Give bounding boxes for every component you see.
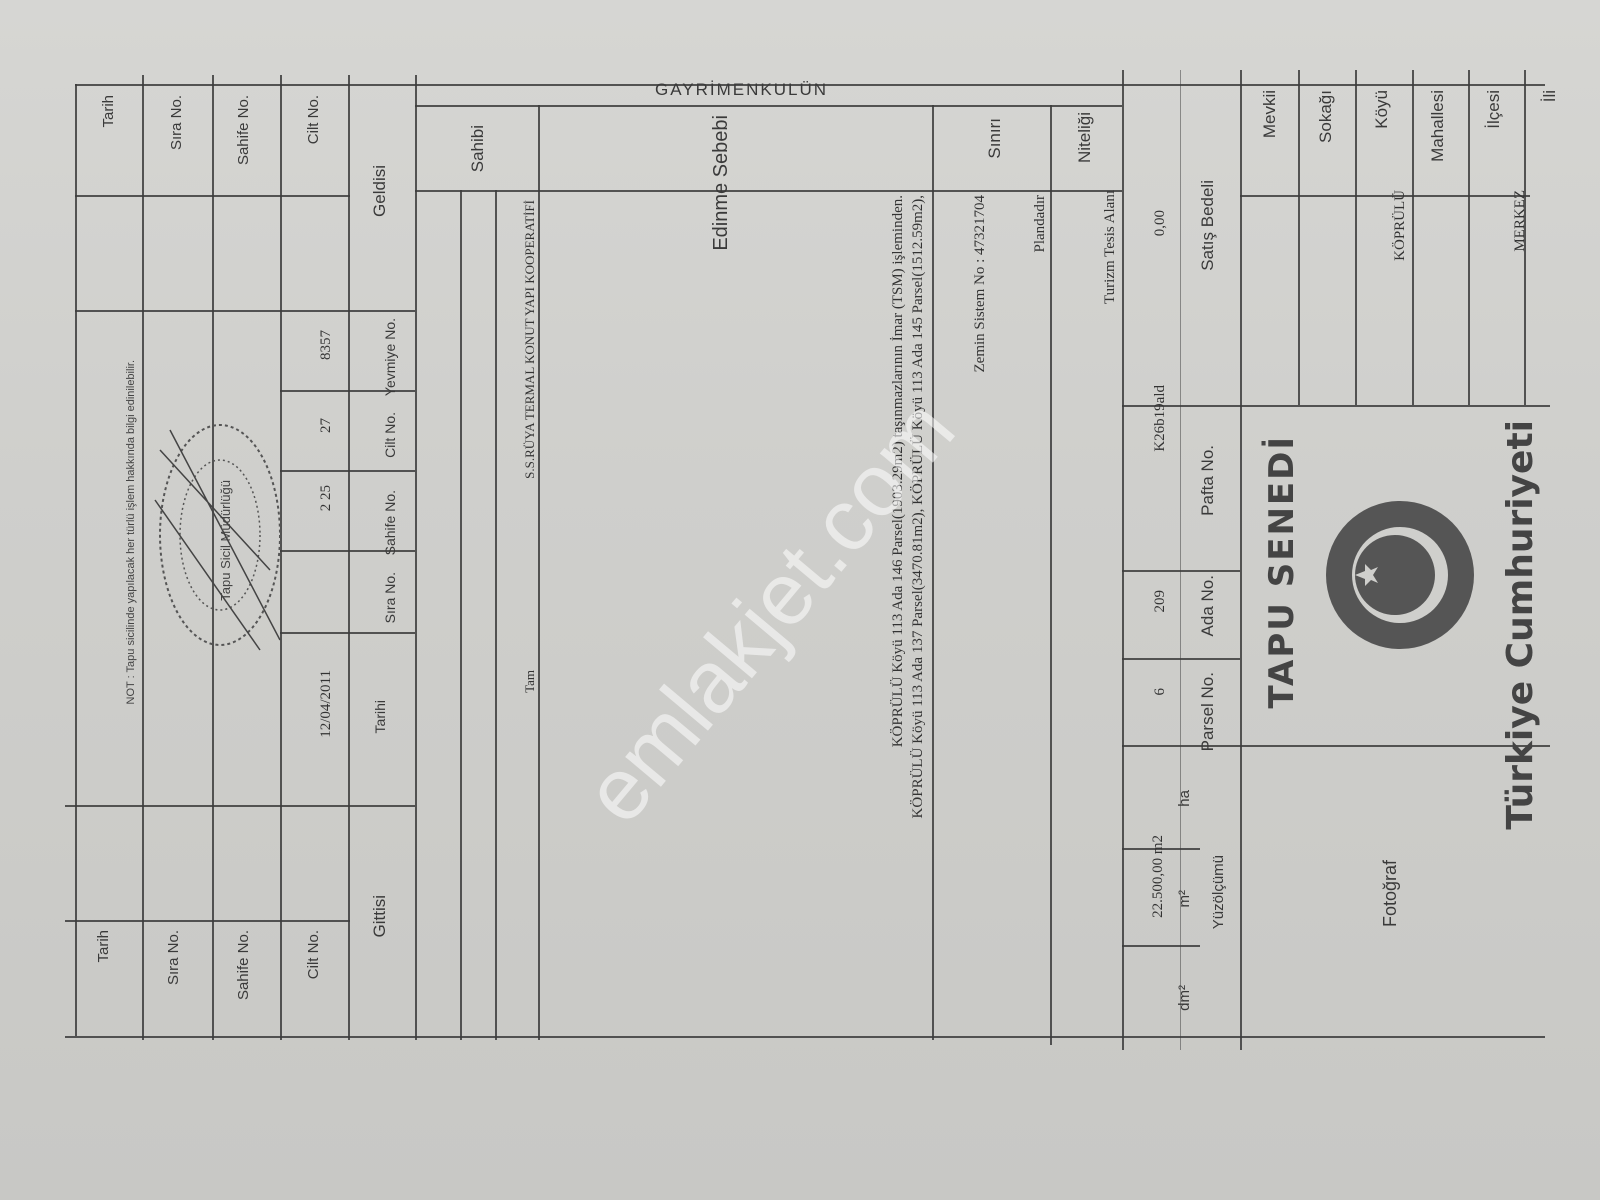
niteligi-value: Turizm Tesis Alanı (1102, 190, 1119, 304)
sokak-label: Sokağı (1316, 90, 1336, 143)
registry-sahife-label: Sahife No. (382, 490, 398, 555)
stamp-note: NOT : Tapu sicilinde yapılacak her türlü… (125, 360, 137, 704)
photo-label: Fotoğraf (1380, 860, 1401, 927)
parsel-label: Parsel No. (1198, 672, 1218, 751)
geldisi-cilt-label: Cilt No. (305, 95, 322, 144)
yuzolcumu-label: Yüzölçümü (1210, 855, 1227, 929)
registry-sira-label: Sıra No. (382, 572, 398, 623)
satis-bedeli-label: Satış Bedeli (1198, 180, 1218, 271)
m2-label: m² (1176, 890, 1193, 908)
geldisi-label: Geldisi (370, 165, 390, 217)
il-label: İli (1540, 90, 1560, 102)
mahalle-label: Mahallesi (1428, 90, 1448, 162)
gittisi-sahife-label: Sahife No. (235, 930, 252, 1000)
siniri-line-2: KÖPRÜLÜ Köyü 113 Ada 137 Parsel(3470.81m… (910, 195, 927, 818)
crescent-star-emblem-icon (1325, 500, 1475, 650)
stamp-text: Tapu Sicil Müdürlüğü (218, 480, 233, 601)
registry-tarih-value: 12/04/2011 (318, 670, 335, 738)
edinme-label: Edinme Sebebi (710, 115, 760, 251)
yevmiye-label: Yevmiye No. (382, 318, 398, 396)
satis-bedeli-value: 0,00 (1152, 210, 1169, 236)
registry-sahife-value: 2 25 (318, 485, 335, 511)
sahibi-label: Sahibi (468, 125, 488, 172)
gittisi-tarih-label: Tarih (95, 930, 112, 963)
yevmiye-value: 8357 (318, 330, 335, 360)
gittisi-label: Gittisi (370, 895, 390, 938)
koy-value: KÖPRÜLÜ (1392, 190, 1409, 261)
geldisi-sahife-label: Sahife No. (235, 95, 252, 165)
country-title: Türkiye Cumhuriyeti (1500, 420, 1541, 830)
ilce-value: MERKEZ (1512, 190, 1529, 252)
niteligi-label: Niteliği (1075, 112, 1095, 163)
geldisi-tarih-label: Tarih (100, 95, 117, 128)
registry-tarih-label: Tarihi (372, 700, 388, 733)
registry-cilt-label: Cilt No. (382, 412, 398, 458)
ha-label: ha (1176, 790, 1193, 807)
siniri-line-1: Zemin Sistem No : 47321704 (972, 195, 989, 373)
mevki-label: Mevkii (1260, 90, 1280, 138)
siniri-line-3: KÖPRÜLÜ Köyü 113 Ada 146 Parsel(1903.29m… (890, 195, 907, 747)
document-title: TAPU SENEDİ (1262, 435, 1302, 709)
ilce-label: İlçesi (1484, 90, 1504, 129)
pafta-label: Pafta No. (1198, 445, 1218, 516)
hisse-value: Tam (522, 670, 538, 693)
geldisi-sira-label: Sıra No. (168, 95, 185, 150)
registry-cilt-value: 27 (318, 418, 335, 433)
pafta-value: K26b19ald (1152, 385, 1169, 452)
ada-label: Ada No. (1198, 575, 1218, 636)
gittisi-cilt-label: Cilt No. (305, 930, 322, 979)
area-value: 22.500,00 m2 (1150, 835, 1167, 918)
section-title: GAYRİMENKULÜN (655, 80, 828, 100)
parsel-value: 6 (1152, 688, 1169, 696)
ada-value: 209 (1152, 590, 1169, 613)
dm2-label: dm² (1176, 985, 1193, 1011)
koy-label: Köyü (1372, 90, 1392, 129)
siniri-label: Sınırı (985, 118, 1005, 159)
planli-note: Plandadır (1032, 195, 1049, 253)
gittisi-sira-label: Sıra No. (165, 930, 182, 985)
sahibi-value: S.S.RÜYA TERMAL KONUT YAPI KOOPERATİFİ (522, 200, 538, 479)
